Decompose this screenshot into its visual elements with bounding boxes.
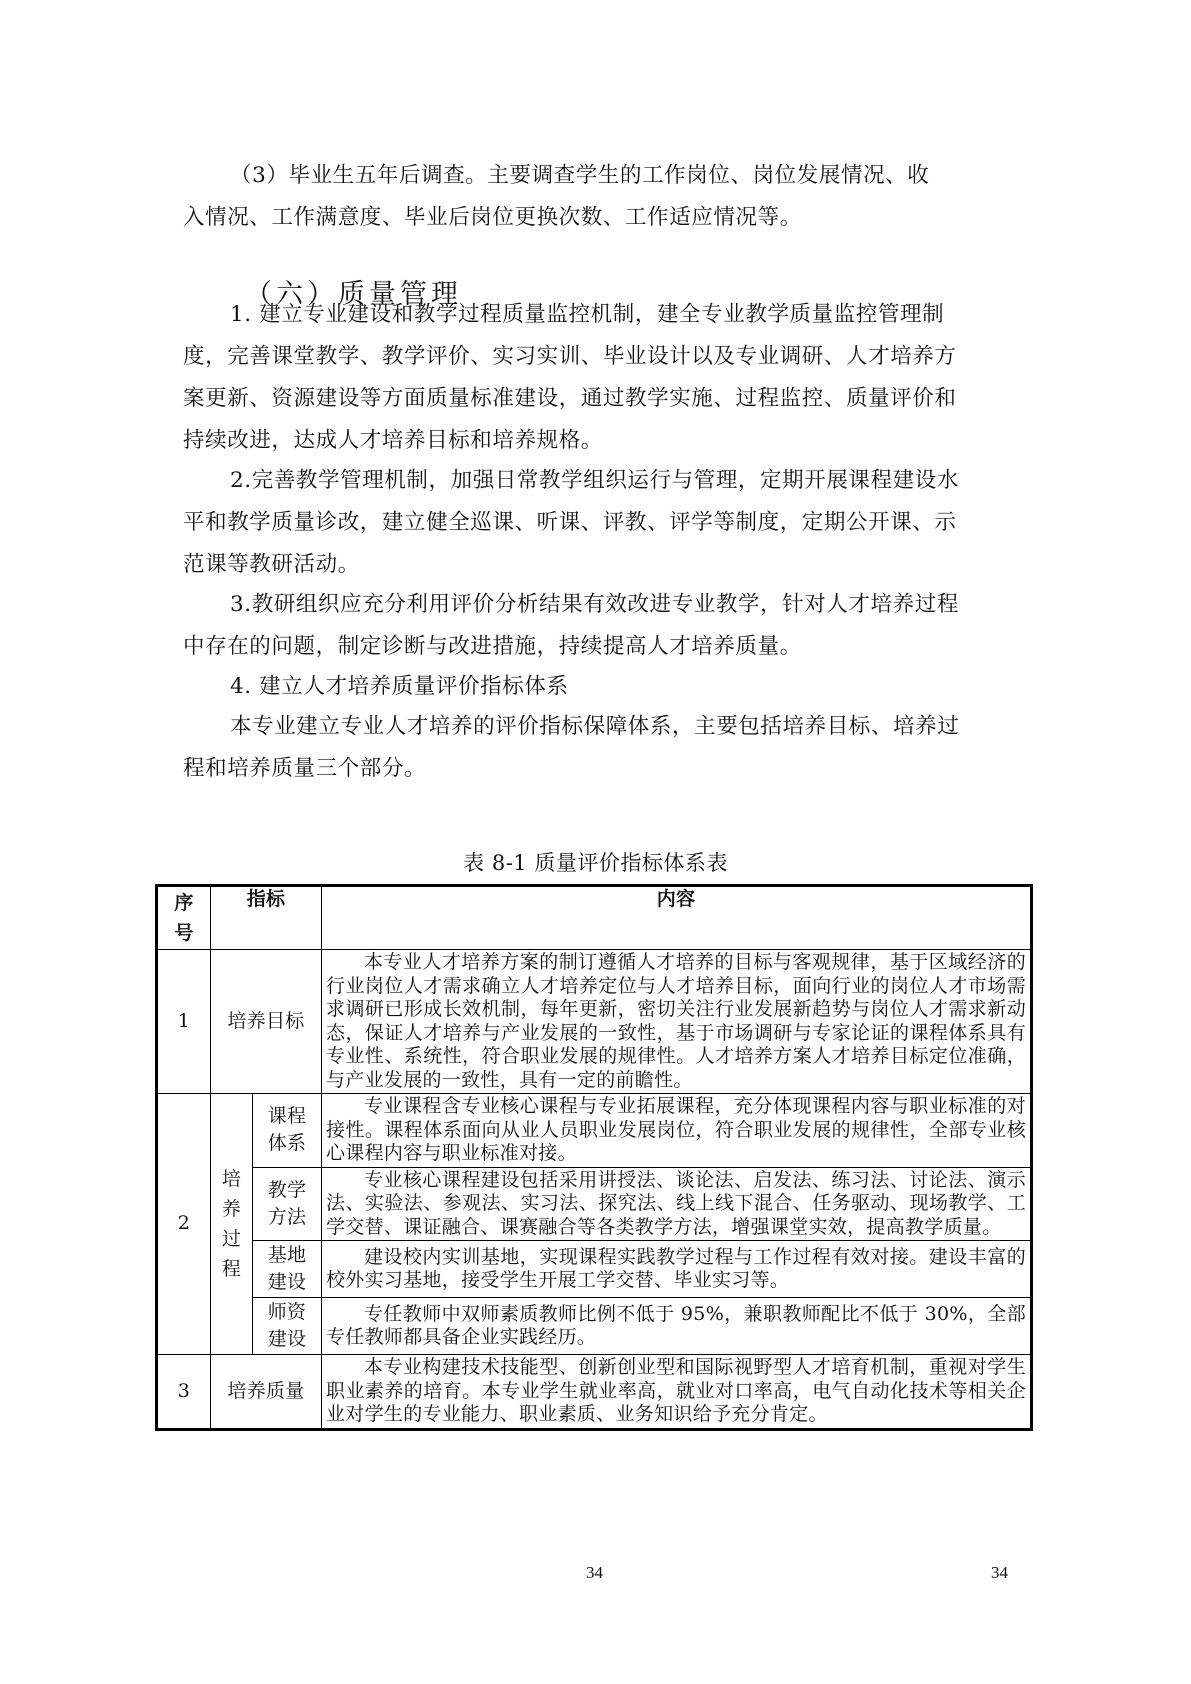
row-content: 本专业人才培养方案的制订遵循人才培养的目标与客观规律，基于区域经济的行业岗位人才… [322,950,1032,1094]
paragraph-item-4: 4. 建立人才培养质量评价指标体系 [183,666,1033,708]
row-content: 专任教师中双师素质教师比例不低于 95%，兼职教师配比不低于 30%，全部专任教… [322,1298,1032,1355]
row-indicator: 培养质量 [211,1355,322,1430]
text-line: 2.完善教学管理机制，加强日常教学组织运行与管理，定期开展课程建设水 [183,460,1033,502]
row-no: 3 [157,1355,211,1430]
table-header-row: 序号 指标 内容 [157,886,1032,950]
text-line: 范课等教研活动。 [183,544,1033,586]
row-no: 1 [157,950,211,1094]
row-content: 本专业构建技术技能型、创新创业型和国际视野型人才培育机制，重视对学生职业素养的培… [322,1355,1032,1430]
sub-indicator: 教学方法 [253,1167,322,1241]
text-line: 案更新、资源建设等方面质量标准建设，通过教学实施、过程监控、质量评价和 [183,378,1033,420]
row-content: 专业核心课程建设包括采用讲授法、谈论法、启发法、练习法、讨论法、演示法、实验法、… [322,1167,1032,1241]
table-row: 基地建设 建设校内实训基地，实现课程实践教学过程与工作过程有效对接。建设丰富的校… [157,1241,1032,1298]
text-line: 度，完善课堂教学、教学评价、实习实训、毕业设计以及专业调研、人才培养方 [183,336,1033,378]
page-number-center: 34 [586,1563,603,1583]
text-line: 持续改进，达成人才培养目标和培养规格。 [183,420,1033,462]
sub-indicator: 师资建设 [253,1298,322,1355]
text-line: 1. 建立专业建设和教学过程质量监控机制，建全专业教学质量监控管理制 [183,294,1033,336]
text-line: （3）毕业生五年后调查。主要调查学生的工作岗位、岗位发展情况、收 [183,155,1033,197]
row-indicator: 培养目标 [211,950,322,1094]
paragraph-item-2: 2.完善教学管理机制，加强日常教学组织运行与管理，定期开展课程建设水 平和教学质… [183,460,1033,586]
table-row: 1 培养目标 本专业人才培养方案的制订遵循人才培养的目标与客观规律，基于区域经济… [157,950,1032,1094]
text-line: 平和教学质量诊改，建立健全巡课、听课、评教、评学等制度，定期公开课、示 [183,502,1033,544]
text-line: 中存在的问题，制定诊断与改进措施，持续提高人才培养质量。 [183,626,1033,668]
table-row: 2 培养过程 课程体系 专业课程含专业核心课程与专业拓展课程，充分体现课程内容与… [157,1094,1032,1168]
table-caption: 表 8-1 质量评价指标体系表 [0,847,1191,877]
header-indicator: 指标 [211,886,322,950]
header-no: 序号 [157,886,211,950]
row-content: 建设校内实训基地，实现课程实践教学过程与工作过程有效对接。建设丰富的校外实习基地… [322,1241,1032,1298]
table-row: 3 培养质量 本专业构建技术技能型、创新创业型和国际视野型人才培育机制，重视对学… [157,1355,1032,1430]
text-line: 程和培养质量三个部分。 [183,748,1033,790]
table-row: 教学方法 专业核心课程建设包括采用讲授法、谈论法、启发法、练习法、讨论法、演示法… [157,1167,1032,1241]
row-no: 2 [157,1094,211,1355]
row-indicator: 培养过程 [211,1094,253,1355]
sub-indicator: 基地建设 [253,1241,322,1298]
table-row: 师资建设 专任教师中双师素质教师比例不低于 95%，兼职教师配比不低于 30%，… [157,1298,1032,1355]
paragraph-item-3: 3.教研组织应充分利用评价分析结果有效改进专业教学，针对人才培养过程 中存在的问… [183,584,1033,668]
text-line: 本专业建立专业人才培养的评价指标保障体系，主要包括培养目标、培养过 [183,706,1033,748]
text-line: 入情况、工作满意度、毕业后岗位更换次数、工作适应情况等。 [183,197,1033,239]
row-content: 专业课程含专业核心课程与专业拓展课程，充分体现课程内容与职业标准的对接性。课程体… [322,1094,1032,1168]
sub-indicator: 课程体系 [253,1094,322,1168]
page-number-right: 34 [991,1563,1008,1583]
text-line: 4. 建立人才培养质量评价指标体系 [183,666,1033,708]
header-content: 内容 [322,886,1032,950]
paragraph-item-1: 1. 建立专业建设和教学过程质量监控机制，建全专业教学质量监控管理制 度，完善课… [183,294,1033,462]
paragraph-graduate-survey: （3）毕业生五年后调查。主要调查学生的工作岗位、岗位发展情况、收 入情况、工作满… [183,155,1033,239]
quality-evaluation-table: 序号 指标 内容 1 培养目标 本专业人才培养方案的制订遵循人才培养的目标与客观… [155,884,1033,1431]
text-line: 3.教研组织应充分利用评价分析结果有效改进专业教学，针对人才培养过程 [183,584,1033,626]
paragraph-system-intro: 本专业建立专业人才培养的评价指标保障体系，主要包括培养目标、培养过 程和培养质量… [183,706,1033,790]
